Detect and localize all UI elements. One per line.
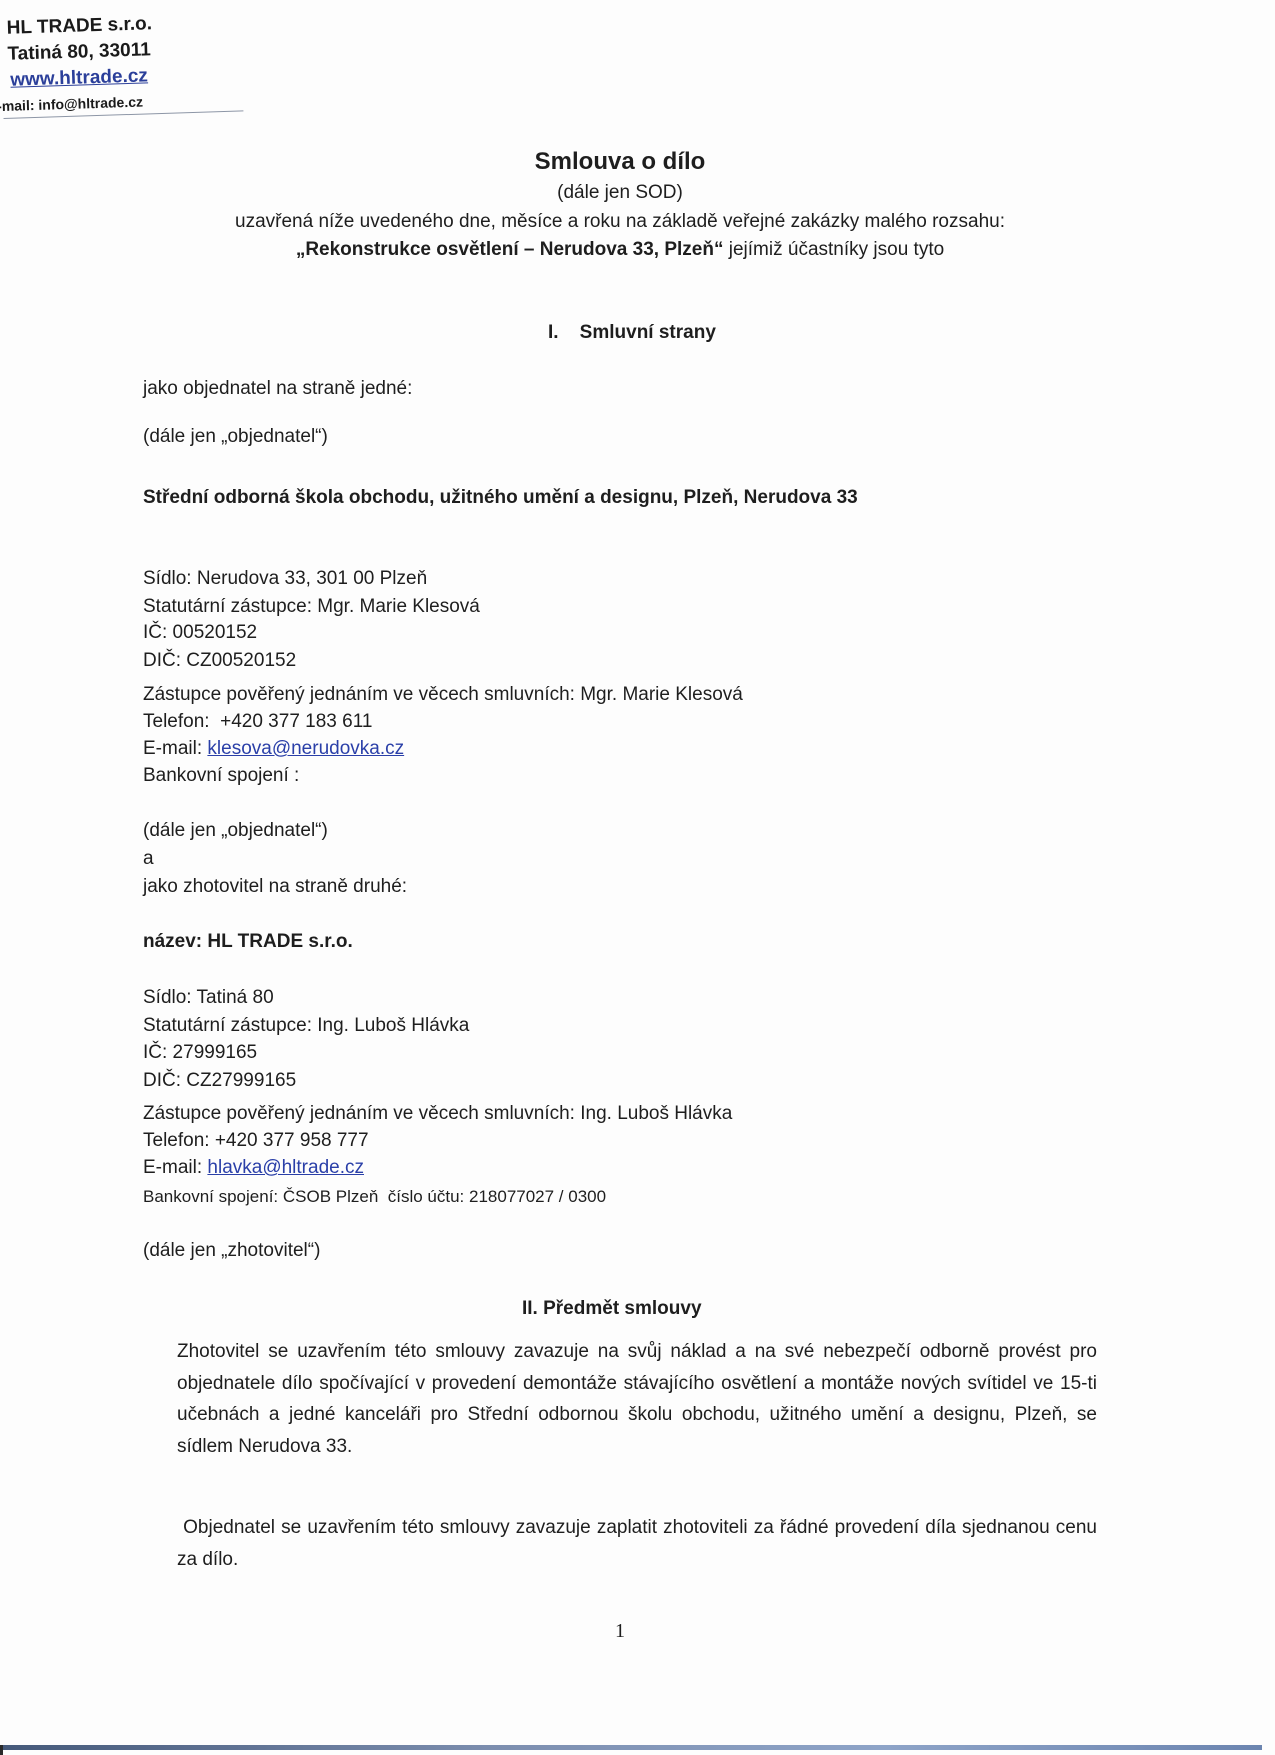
stamp-company-name: HL TRADE s.r.o. [6,13,152,40]
client-ic: IČ: 00520152 [143,622,257,644]
project-name: „Rekonstrukce osvětlení – Nerudova 33, P… [296,239,724,260]
contractor-dic: DIČ: CZ27999165 [143,1070,296,1092]
document-intro: uzavřená níže uvedeného dne, měsíce a ro… [0,211,1240,233]
client-email-label: E-mail: [143,738,207,759]
contractor-seat: Sídlo: Tatiná 80 [143,987,274,1009]
client-alias: (dále jen „objednatel“) [143,426,328,448]
stamp-address: Tatiná 80, 33011 [7,39,151,65]
document-title: Smlouva o dílo [0,148,1240,176]
client-representative: Zástupce pověřený jednáním ve věcech sml… [143,684,743,706]
contractor-ic: IČ: 27999165 [143,1042,257,1064]
project-suffix: jejímiž účastníky jsou tyto [723,239,944,260]
contractor-email-line: E-mail: hlavka@hltrade.cz [143,1157,364,1179]
stamp-website-link[interactable]: www.hltrade.cz [10,65,148,91]
scan-edge-line [0,1745,1262,1750]
client-statutory: Statutární zástupce: Mgr. Marie Klesová [143,596,480,618]
client-email-line: E-mail: klesova@nerudovka.cz [143,738,404,760]
section-1-heading: I. Smluvní strany [548,322,716,344]
client-name: Střední odborná škola obchodu, užitného … [143,487,858,509]
client-seat: Sídlo: Nerudova 33, 301 00 Plzeň [143,568,427,590]
section-2-paragraph-1: Zhotovitel se uzavřením této smlouvy zav… [177,1336,1097,1462]
contractor-bank: Bankovní spojení: ČSOB Plzeň číslo účtu:… [143,1186,606,1208]
stamp-email: -mail: info@hltrade.cz [0,94,143,115]
document-subtitle: (dále jen SOD) [0,182,1240,204]
contractor-name: název: HL TRADE s.r.o. [143,931,353,953]
scan-edge-corner [0,1745,3,1755]
section-2-heading: II. Předmět smlouvy [522,1298,702,1320]
company-stamp: HL TRADE s.r.o. Tatiná 80, 33011 www.hlt… [0,0,243,119]
project-line: „Rekonstrukce osvětlení – Nerudova 33, P… [0,239,1240,261]
section-2-paragraph-2: Objednatel se uzavřením této smlouvy zav… [177,1512,1097,1575]
client-alias-2: (dále jen „objednatel“) [143,820,328,842]
client-dic: DIČ: CZ00520152 [143,650,296,672]
contractor-alias: (dále jen „zhotovitel“) [143,1240,320,1262]
contractor-email-link[interactable]: hlavka@hltrade.cz [207,1157,364,1178]
contractor-statutory: Statutární zástupce: Ing. Luboš Hlávka [143,1015,469,1037]
contractor-email-label: E-mail: [143,1157,207,1178]
contractor-intro: jako zhotovitel na straně druhé: [143,876,407,898]
and-conjunction: a [143,848,154,870]
page-number: 1 [0,1620,1240,1642]
client-bank: Bankovní spojení : [143,765,299,787]
client-phone: Telefon: +420 377 183 611 [143,711,372,733]
contractor-representative: Zástupce pověřený jednáním ve věcech sml… [143,1103,732,1125]
client-email-link[interactable]: klesova@nerudovka.cz [207,738,404,759]
contractor-phone: Telefon: +420 377 958 777 [143,1130,369,1152]
client-intro: jako objednatel na straně jedné: [143,378,412,400]
